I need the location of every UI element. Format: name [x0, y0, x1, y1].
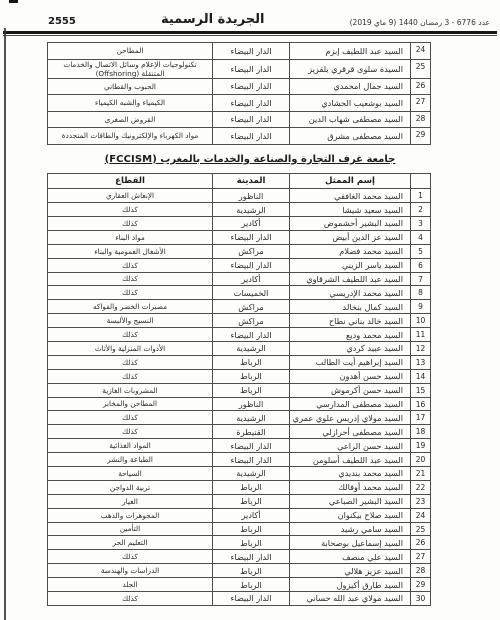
rule-thick — [3, 31, 497, 34]
row-number: 13 — [411, 355, 431, 369]
table-row: 25 السيدة سلوى قرقري بلقزيز الدار البيضا… — [48, 59, 431, 78]
page-number: 2555 — [48, 16, 76, 27]
cell-name: السيد كمال بنخالد — [290, 300, 411, 314]
cell-sector: الكيمياء والشبه الكيمياء — [48, 95, 213, 112]
cell-name: السيد إسماعيل بوصحابة — [290, 536, 411, 550]
table-row: 26 السيد جمال امحمدي الدار البيضاء الحبو… — [48, 78, 431, 95]
row-number: 14 — [411, 369, 431, 383]
cell-city: مراكش — [213, 300, 290, 314]
table-row: 18 السيد مصطفى أحرازلي القنيطرة كذلك — [48, 425, 431, 439]
scan-corner-mark — [9, 0, 18, 3]
cell-name: السيد محمد بنديدي — [290, 467, 411, 481]
section-title: جامعة غرف التجارة والصناعة والخدمات بالم… — [0, 154, 500, 165]
cell-sector: مواد البناء — [48, 230, 213, 244]
cell-sector: الأشغال العمومية والبناء — [48, 244, 213, 258]
masthead-rule — [3, 31, 497, 36]
row-number: 10 — [411, 314, 431, 328]
cell-sector: التأمين — [48, 522, 213, 536]
table-row: 9 السيد كمال بنخالد مراكش مصبرات الخضر و… — [48, 300, 431, 314]
cell-name: السيد صلاح بيكنوان — [290, 508, 411, 522]
header-number — [411, 173, 431, 189]
row-number: 28 — [411, 564, 431, 578]
cell-city: الرباط — [213, 564, 290, 578]
cell-sector: التعليم الحر — [48, 536, 213, 550]
cell-name: السيد حسن الراعي — [290, 439, 411, 453]
row-number: 16 — [411, 397, 431, 411]
row-number: 7 — [411, 272, 431, 286]
table-row: 27 السيد بوشعيب الحشادي الدار البيضاء ال… — [48, 95, 431, 112]
row-number: 27 — [411, 550, 431, 564]
cell-sector: كذلك — [48, 592, 213, 606]
table-row: 5 السيد محمد فضلام مراكش الأشغال العمومي… — [48, 244, 431, 258]
cell-city: الدار البيضاء — [213, 128, 290, 145]
row-number: 29 — [411, 578, 431, 592]
cell-city: الدار البيضاء — [213, 258, 290, 272]
row-number: 3 — [411, 217, 431, 231]
table-row: 20 السيد عبد اللطيف أسلومن الدار البيضاء… — [48, 453, 431, 467]
cell-city: الدار البيضاء — [213, 550, 290, 564]
cell-sector: الجلد — [48, 578, 213, 592]
cell-sector: الدراسات والهندسة — [48, 564, 213, 578]
cell-name: السيد طارق أكيزول — [290, 578, 411, 592]
cell-name: السيد محمد وديع — [290, 328, 411, 342]
cell-name: السيد خالد بناني نطاح — [290, 314, 411, 328]
cell-name: السيد مولاي عبد الله حساني — [290, 592, 411, 606]
cell-city: مراكش — [213, 244, 290, 258]
cell-name: السيد علي منصف — [290, 550, 411, 564]
cell-sector: المجوهرات والذهب — [48, 508, 213, 522]
cell-name: السيد محمد الغافقي — [290, 189, 411, 203]
cell-name: السيد البشير أحشموض — [290, 217, 411, 231]
table-row: 2 السيد سعيد شيشا الرشيدية كذلك — [48, 203, 431, 217]
cell-sector: مواد الكهرباء والإلكترونيك والطاقات المت… — [48, 128, 213, 145]
cell-city: الرباط — [213, 383, 290, 397]
row-number: 25 — [411, 59, 431, 78]
cell-city: الدار البيضاء — [213, 453, 290, 467]
table-row: 29 السيد مصطفى مشرق الدار البيضاء مواد ا… — [48, 128, 431, 145]
cell-city: الرشيدية — [213, 467, 290, 481]
cell-city: الناظور — [213, 189, 290, 203]
row-number: 24 — [411, 508, 431, 522]
cell-name: السيد جمال امحمدي — [290, 78, 411, 95]
table-row: 8 السيد محمد الإدريسي الخميسات كذلك — [48, 286, 431, 300]
cell-city: الدار البيضاء — [213, 59, 290, 78]
table-row: 10 السيد خالد بناني نطاح مراكش النسيج وا… — [48, 314, 431, 328]
table-row: 27 السيد علي منصف الدار البيضاء كذلك — [48, 550, 431, 564]
row-number: 9 — [411, 300, 431, 314]
table-row: 15 السيد حسن أكرموش الرباط المشروبات الغ… — [48, 383, 431, 397]
cell-city: الدار البيضاء — [213, 230, 290, 244]
masthead: عدد 6776 - 3 رمضان 1440 (9 ماي 2019) الج… — [0, 0, 500, 30]
row-number: 29 — [411, 128, 431, 145]
cell-city: القنيطرة — [213, 425, 290, 439]
cell-sector: كذلك — [48, 258, 213, 272]
gazette-page: عدد 6776 - 3 رمضان 1440 (9 ماي 2019) الج… — [0, 0, 500, 620]
cell-name: السيد مصطفى شهاب الدين — [290, 111, 411, 128]
cell-sector: كذلك — [48, 425, 213, 439]
cell-name: السيد عبد اللطيف إبزم — [290, 43, 411, 60]
table-row: 22 السيد محمد أوفالك الرباط تربية الدواج… — [48, 480, 431, 494]
row-number: 27 — [411, 95, 431, 112]
cell-sector: الأدوات المنزلية والأثاث — [48, 342, 213, 356]
row-number: 22 — [411, 480, 431, 494]
cell-name: السيد محمد أوفالك — [290, 480, 411, 494]
table-row: 3 السيد البشير أحشموض أكادير كذلك — [48, 217, 431, 231]
row-number: 12 — [411, 342, 431, 356]
cell-sector: كذلك — [48, 286, 213, 300]
cell-city: الدار البيضاء — [213, 78, 290, 95]
cell-sector: السياحة — [48, 467, 213, 481]
cell-city: الرباط — [213, 494, 290, 508]
cell-name: السيد مصطفى المدارسي — [290, 397, 411, 411]
table-row: 14 السيد حسن أهدون الرباط كذلك — [48, 369, 431, 383]
cell-sector: تكنولوجيات الإعلام وسائل الاتصال والخدما… — [48, 59, 213, 78]
row-number: 21 — [411, 467, 431, 481]
table-row: 28 السيد عزيز هلالي الرباط الدراسات واله… — [48, 564, 431, 578]
table-row: 1 السيد محمد الغافقي الناظور الإنعاش الع… — [48, 189, 431, 203]
cell-sector: القروض الصغرى — [48, 111, 213, 128]
scan-edge-line — [4, 28, 6, 620]
table-row: 11 السيد محمد وديع الدار البيضاء كذلك — [48, 328, 431, 342]
header-sector: القطاع — [48, 173, 213, 189]
cell-sector: المطاحن والمخابز — [48, 397, 213, 411]
cell-city: الرشيدية — [213, 203, 290, 217]
cell-city: الدار البيضاء — [213, 43, 290, 60]
cell-city: أكادير — [213, 272, 290, 286]
row-number: 4 — [411, 230, 431, 244]
cell-name: السيد عز الدين أبيض — [290, 230, 411, 244]
cell-name: السيد سامي رشيد — [290, 522, 411, 536]
row-number: 25 — [411, 522, 431, 536]
header-city: المدينة — [213, 173, 290, 189]
row-number: 6 — [411, 258, 431, 272]
cell-name: السيد سعيد شيشا — [290, 203, 411, 217]
cell-sector: مصبرات الخضر والفواكه — [48, 300, 213, 314]
cell-city: مراكش — [213, 314, 290, 328]
cell-sector: الطباعة والنشر — [48, 453, 213, 467]
cell-city: الدار البيضاء — [213, 111, 290, 128]
row-number: 28 — [411, 111, 431, 128]
table-row: 6 السيد ياسر الزيني الدار البيضاء كذلك — [48, 258, 431, 272]
table-row: 19 السيد حسن الراعي الدار البيضاء المواد… — [48, 439, 431, 453]
cell-name: السيد ياسر الزيني — [290, 258, 411, 272]
row-number: 20 — [411, 453, 431, 467]
issue-info: عدد 6776 - 3 رمضان 1440 (9 ماي 2019) — [350, 18, 490, 27]
row-number: 26 — [411, 78, 431, 95]
cell-sector: كذلك — [48, 355, 213, 369]
row-number: 30 — [411, 592, 431, 606]
table-row: 17 السيد مولاي إدريس علوي عمري الرشيدية … — [48, 411, 431, 425]
cell-name: السيد محمد فضلام — [290, 244, 411, 258]
cell-name: السيد بوشعيب الحشادي — [290, 95, 411, 112]
cell-name: السيد إبراهيم أيت الطالب — [290, 355, 411, 369]
row-number: 26 — [411, 536, 431, 550]
table-header: إسم الممثل المدينة القطاع — [48, 173, 431, 189]
cell-name: السيد البشير الصباعي — [290, 494, 411, 508]
cell-city: الرباط — [213, 578, 290, 592]
cell-sector: كذلك — [48, 550, 213, 564]
cell-sector: كذلك — [48, 272, 213, 286]
table-row: 28 السيد مصطفى شهاب الدين الدار البيضاء … — [48, 111, 431, 128]
cell-name: السيد حسن أكرموش — [290, 383, 411, 397]
cell-name: السيد حسن أهدون — [290, 369, 411, 383]
row-number: 8 — [411, 286, 431, 300]
table-row: 26 السيد إسماعيل بوصحابة الرباط التعليم … — [48, 536, 431, 550]
cell-city: الخميسات — [213, 286, 290, 300]
header-name: إسم الممثل — [290, 173, 411, 189]
cell-sector: النسيج والألبسة — [48, 314, 213, 328]
cell-city: الرشيدية — [213, 411, 290, 425]
row-number: 2 — [411, 203, 431, 217]
cell-city: الدار البيضاء — [213, 95, 290, 112]
cell-name: السيد مولاي إدريس علوي عمري — [290, 411, 411, 425]
cell-sector: المشروبات الغازية — [48, 383, 213, 397]
cell-sector: كذلك — [48, 217, 213, 231]
cell-sector: كذلك — [48, 369, 213, 383]
representatives-table-continuation: 24 السيد عبد اللطيف إبزم الدار البيضاء ا… — [47, 42, 431, 145]
cell-name: السيد مصطفى مشرق — [290, 128, 411, 145]
row-number: 23 — [411, 494, 431, 508]
rule-thin — [3, 35, 497, 36]
row-number: 5 — [411, 244, 431, 258]
table-row: 24 السيد عبد اللطيف إبزم الدار البيضاء ا… — [48, 43, 431, 60]
cell-city: الرباط — [213, 522, 290, 536]
table-row: 7 السيد عبد اللطيف الشرقاوي أكادير كذلك — [48, 272, 431, 286]
cell-name: السيد عزيز هلالي — [290, 564, 411, 578]
cell-sector: تربية الدواجن — [48, 480, 213, 494]
table-row: 16 السيد مصطفى المدارسي الناظور المطاحن … — [48, 397, 431, 411]
cell-sector: كذلك — [48, 411, 213, 425]
cell-sector: المطاحن — [48, 43, 213, 60]
cell-city: الرباط — [213, 480, 290, 494]
table-row: 25 السيد سامي رشيد الرباط التأمين — [48, 522, 431, 536]
table-row: 12 السيد عبيد كردي الرشيدية الأدوات المن… — [48, 342, 431, 356]
cell-city: الرشيدية — [213, 342, 290, 356]
cell-city: أكادير — [213, 217, 290, 231]
table-row: 23 السيد البشير الصباعي الرباط الغيار — [48, 494, 431, 508]
cell-city: الدار البيضاء — [213, 439, 290, 453]
table-row: 13 السيد إبراهيم أيت الطالب الرباط كذلك — [48, 355, 431, 369]
gazette-title: الجريدة الرسمية — [161, 12, 265, 27]
table-row: 29 السيد طارق أكيزول الرباط الجلد — [48, 578, 431, 592]
row-number: 24 — [411, 43, 431, 60]
cell-sector: الحبوب والقطاني — [48, 78, 213, 95]
row-number: 11 — [411, 328, 431, 342]
cell-sector: الغيار — [48, 494, 213, 508]
cell-name: السيد عبيد كردي — [290, 342, 411, 356]
fccism-representatives-table: إسم الممثل المدينة القطاع 1 السيد محمد ا… — [47, 173, 431, 606]
table-row: 24 السيد صلاح بيكنوان أكادير المجوهرات و… — [48, 508, 431, 522]
cell-city: أكادير — [213, 508, 290, 522]
cell-sector: كذلك — [48, 203, 213, 217]
row-number: 15 — [411, 383, 431, 397]
cell-city: الرباط — [213, 355, 290, 369]
cell-city: الرباط — [213, 536, 290, 550]
cell-sector: المواد الغذائية — [48, 439, 213, 453]
cell-city: الناظور — [213, 397, 290, 411]
table-row: 21 السيد محمد بنديدي الرشيدية السياحة — [48, 467, 431, 481]
cell-name: السيد عبد اللطيف أسلومن — [290, 453, 411, 467]
cell-name: السيد عبد اللطيف الشرقاوي — [290, 272, 411, 286]
row-number: 17 — [411, 411, 431, 425]
row-number: 18 — [411, 425, 431, 439]
row-number: 1 — [411, 189, 431, 203]
cell-name: السيدة سلوى قرقري بلقزيز — [290, 59, 411, 78]
cell-name: السيد محمد الإدريسي — [290, 286, 411, 300]
cell-sector: الإنعاش العقاري — [48, 189, 213, 203]
table-row: 30 السيد مولاي عبد الله حساني الدار البي… — [48, 592, 431, 606]
cell-city: الدار البيضاء — [213, 328, 290, 342]
table-row: 4 السيد عز الدين أبيض الدار البيضاء مواد… — [48, 230, 431, 244]
cell-name: السيد مصطفى أحرازلي — [290, 425, 411, 439]
cell-city: الرباط — [213, 369, 290, 383]
cell-sector: كذلك — [48, 328, 213, 342]
cell-city: الدار البيضاء — [213, 592, 290, 606]
row-number: 19 — [411, 439, 431, 453]
